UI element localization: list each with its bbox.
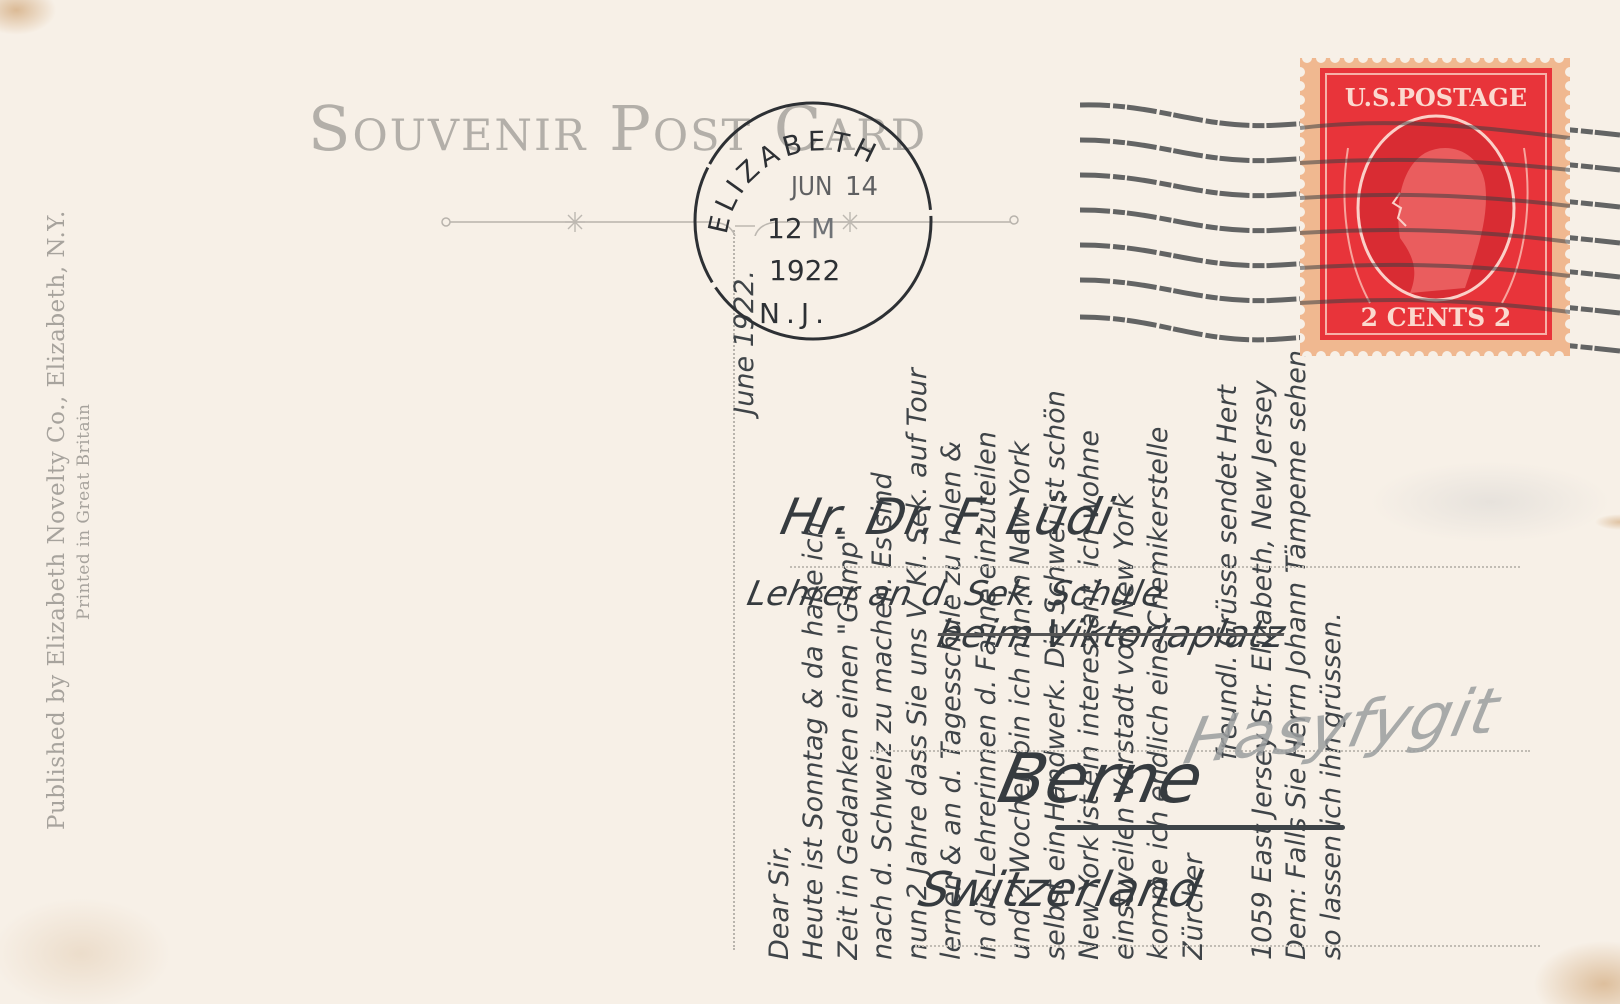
message-line: so lassen ich ihn grüssen. bbox=[1315, 260, 1350, 960]
address-line-1 bbox=[790, 566, 1520, 568]
postmark-hour: 12 bbox=[767, 212, 803, 245]
circular-postmark: ELIZABETH JUN 14 12 M 1922 N.J. bbox=[687, 95, 939, 347]
message-closing: freundl. Grüsse sendet Hert bbox=[1211, 260, 1246, 960]
message-line: Zürcher bbox=[1177, 260, 1212, 960]
stamp-top-text: U.S.POSTAGE bbox=[1345, 83, 1527, 112]
postmark-meridiem: M bbox=[811, 212, 835, 245]
city-underline bbox=[1055, 825, 1345, 830]
postmark-year: 1922 bbox=[769, 254, 840, 287]
recipient-title: Lehrer an d. Sek. Schule bbox=[744, 574, 1168, 614]
publisher-line: Published by Elizabeth Novelty Co., Eliz… bbox=[44, 210, 70, 830]
stamp-bottom-text: 2 CENTS 2 bbox=[1361, 303, 1512, 332]
postmark-day: 14 bbox=[845, 172, 878, 202]
address-line-3 bbox=[915, 945, 1540, 947]
recipient-country: Switzerland bbox=[914, 862, 1206, 918]
postcard-back: Souvenir Post Card Published by Elizabet… bbox=[0, 0, 1620, 1004]
postage-stamp: U.S.POSTAGE 2 CENTS 2 bbox=[1300, 58, 1570, 356]
publisher-imprint: Published by Elizabeth Novelty Co., Eliz… bbox=[44, 210, 94, 830]
washington-2-cent-stamp: U.S.POSTAGE 2 CENTS 2 bbox=[1300, 58, 1570, 356]
recipient-street-struck: beim Viktoriaplatz bbox=[933, 612, 1288, 656]
printed-in-line: Printed in Great Britain bbox=[74, 210, 94, 620]
message-line: 1059 East Jersey Str. Elizabeth, New Jer… bbox=[1246, 260, 1281, 960]
recipient-city: Berne bbox=[992, 740, 1210, 819]
postmark-state: N.J. bbox=[759, 297, 830, 330]
recipient-name: Hr. Dr. F. Lüdi bbox=[776, 488, 1119, 546]
postmark-month: JUN bbox=[789, 172, 833, 202]
message-line: Dem: Falls Sie Herrn Johann Tämpeme sehe… bbox=[1280, 260, 1315, 960]
